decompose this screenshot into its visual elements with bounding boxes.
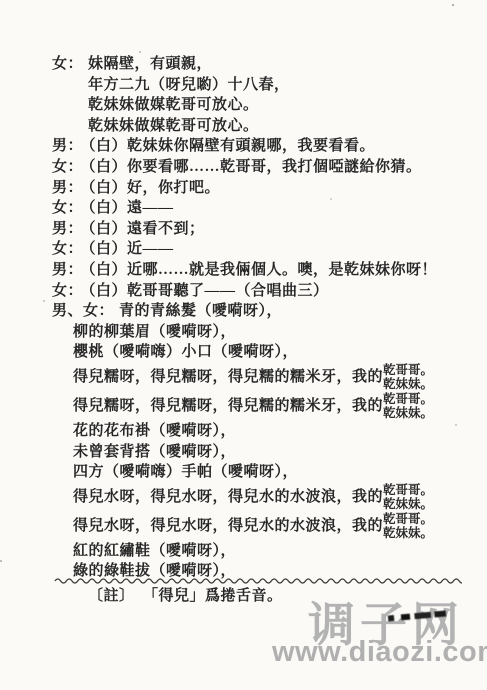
stacked-suffix-line: 乾哥哥。 (383, 363, 433, 377)
line-text: （白）近哪……就是我倆個人。噢，是乾妹妹你呀！ (88, 262, 437, 278)
stacked-suffix: 乾哥哥。乾妹妹。 (383, 392, 433, 420)
line-text: 青的青絲髮（噯嗬呀）， (119, 303, 282, 319)
speaker-label: 女： (52, 159, 83, 175)
stacked-suffix-line: 乾妹妹。 (383, 377, 433, 391)
script-line: 男：（白）遠看不到； (52, 219, 481, 240)
scanned-songbook-page: 女：妹隔壁，有頭親，年方二九（呀兒喲）十八春，乾妹妹做媒乾哥可放心。乾妹妹做媒乾… (0, 0, 487, 690)
line-text: 櫻桃（噯嗬嗨）小口（噯嗬呀）， (73, 344, 298, 360)
line-text: 柳的柳葉眉（噯嗬呀）， (73, 324, 236, 340)
script-line: 紅的紅繡鞋（噯嗬呀）， (52, 541, 481, 562)
line-text: （白）近—— (88, 241, 174, 257)
script-line: 男：（白）近哪……就是我倆個人。噢，是乾妹妹你呀！ (52, 260, 481, 281)
footnote-text: 「得兒」爲捲舌音。 (151, 588, 283, 604)
line-text: 乾妹妹做媒乾哥可放心。 (88, 118, 259, 134)
speaker-label: 女： (52, 241, 83, 257)
script-line: 得兒水呀，得兒水呀，得兒水的水波浪，我的乾哥哥。乾妹妹。 (52, 483, 481, 512)
script-line: 得兒糯呀，得兒糯呀，得兒糯的糯米牙，我的乾哥哥。乾妹妹。 (52, 363, 481, 392)
script-line: 櫻桃（噯嗬嗨）小口（噯嗬呀）， (52, 342, 481, 363)
script-line: 乾妹妹做媒乾哥可放心。 (52, 116, 481, 137)
song-text-block: 女：妹隔壁，有頭親，年方二九（呀兒喲）十八春，乾妹妹做媒乾哥可放心。乾妹妹做媒乾… (52, 54, 481, 582)
line-text: 妹隔壁，有頭親， (88, 56, 212, 72)
script-line: 女：（白）你要看哪……乾哥哥，我打個啞謎給你猜。 (52, 157, 481, 178)
line-text: 年方二九（呀兒喲）十八春， (88, 77, 290, 93)
script-line: 未曾套背搭（噯嗬呀）， (52, 442, 481, 463)
line-text: 得兒水呀，得兒水呀，得兒水的水波浪，我的 (73, 487, 383, 508)
line-text: （白）好，你打吧。 (88, 180, 220, 196)
line-text: 得兒水呀，得兒水呀，得兒水的水波浪，我的 (73, 516, 383, 537)
watermark-site-url: www.diaozi.com (272, 636, 487, 669)
line-text: （白）乾哥哥聽了——（合唱曲三） (88, 283, 329, 299)
line-text: 乾妹妹做媒乾哥可放心。 (88, 97, 259, 113)
line-text: 得兒糯呀，得兒糯呀，得兒糯的糯米牙，我的 (73, 367, 383, 388)
script-line: 乾妹妹做媒乾哥可放心。 (52, 95, 481, 116)
speaker-label: 女： (52, 200, 83, 216)
wavy-divider (54, 576, 462, 584)
line-text: （白）遠看不到； (88, 221, 205, 237)
script-line: 女：（白）乾哥哥聽了——（合唱曲三） (52, 281, 481, 302)
stacked-suffix-line: 乾妹妹。 (383, 497, 433, 511)
script-line: 男：（白）好，你打吧。 (52, 178, 481, 199)
speaker-label: 男： (52, 262, 83, 278)
stacked-suffix: 乾哥哥。乾妹妹。 (383, 512, 433, 540)
script-line: 柳的柳葉眉（噯嗬呀）， (52, 322, 481, 343)
line-text: 四方（噯嗬嗨）手帕（噯嗬呀）， (73, 464, 298, 480)
speaker-label: 女： (52, 56, 83, 72)
footnote: 〔註〕「得兒」爲捲舌音。 (52, 584, 283, 605)
stacked-suffix: 乾哥哥。乾妹妹。 (383, 483, 433, 511)
speaker-label: 男： (52, 180, 83, 196)
line-text: （白）遠—— (88, 200, 174, 216)
speaker-label: 男： (52, 138, 83, 154)
wavy-divider-path (55, 579, 462, 583)
script-line: 得兒水呀，得兒水呀，得兒水的水波浪，我的乾哥哥。乾妹妹。 (52, 512, 481, 541)
stacked-suffix-line: 乾哥哥。 (383, 483, 433, 497)
line-text: 紅的紅繡鞋（噯嗬呀）， (73, 543, 236, 559)
script-line: 女：妹隔壁，有頭親， (52, 54, 481, 75)
script-line: 女：（白）近—— (52, 239, 481, 260)
line-text: 花的花布褂（噯嗬呀）， (73, 423, 236, 439)
line-text: （白）乾妹妹你隔壁有頭親哪，我要看看。 (88, 138, 375, 154)
script-line: 男：（白）乾妹妹你隔壁有頭親哪，我要看看。 (52, 136, 481, 157)
line-text: （白）你要看哪……乾哥哥，我打個啞謎給你猜。 (88, 159, 422, 175)
script-line: 得兒糯呀，得兒糯呀，得兒糯的糯米牙，我的乾哥哥。乾妹妹。 (52, 392, 481, 421)
speaker-label: 女： (52, 283, 83, 299)
stacked-suffix-line: 乾哥哥。 (383, 512, 433, 526)
line-text: 得兒糯呀，得兒糯呀，得兒糯的糯米牙，我的 (73, 396, 383, 417)
script-line: 花的花布褂（噯嗬呀）， (52, 421, 481, 442)
script-line: 四方（噯嗬嗨）手帕（噯嗬呀）， (52, 462, 481, 483)
script-line: 年方二九（呀兒喲）十八春， (52, 75, 481, 96)
stacked-suffix-line: 乾哥哥。 (383, 392, 433, 406)
speaker-label: 男： (52, 221, 83, 237)
script-line: 女：（白）遠—— (52, 198, 481, 219)
speaker-label: 男、女： (52, 303, 114, 319)
stacked-suffix-line: 乾妹妹。 (383, 526, 433, 540)
line-text: 未曾套背搭（噯嗬呀）， (73, 444, 236, 460)
script-line: 男、女：青的青絲髮（噯嗬呀）， (52, 301, 481, 322)
footnote-label: 〔註〕 (88, 588, 135, 604)
stacked-suffix-line: 乾妹妹。 (383, 406, 433, 420)
stacked-suffix: 乾哥哥。乾妹妹。 (383, 363, 433, 391)
